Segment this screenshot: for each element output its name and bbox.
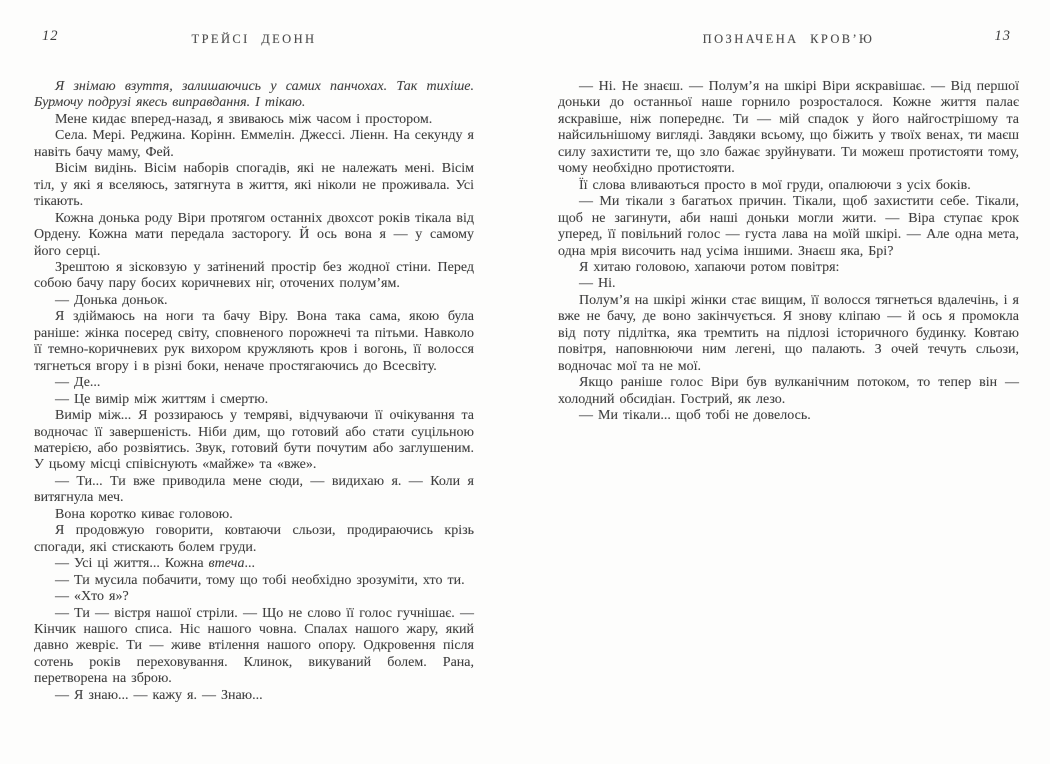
paragraph: Кожна донька роду Віри протягом останніх… [34,211,474,260]
page-text-left: Я знімаю взуття, залишаючись у самих пан… [34,79,474,704]
paragraph: Вимір між... Я роззираюсь у темряві, від… [34,408,474,474]
paragraph: — «Хто я»? [34,589,474,605]
page-13: ПОЗНАЧЕНА КРОВ’Ю 13 — Ні. Не знаєш. — По… [558,30,1019,425]
page-text-right: — Ні. Не знаєш. — Полум’я на шкірі Віри … [558,79,1019,425]
book-spread: 12 ТРЕЙСІ ДЕОНН Я знімаю взуття, залишаю… [0,0,1050,764]
paragraph: Я здіймаюсь на ноги та бачу Віру. Вона т… [34,309,474,375]
running-header-title: ПОЗНАЧЕНА КРОВ’Ю [703,32,875,46]
paragraph: Полум’я на шкірі жінки стає вищим, її во… [558,293,1019,375]
paragraph: Я знімаю взуття, залишаючись у самих пан… [34,79,474,112]
paragraph: — Я знаю... — кажу я. — Знаю... [34,688,474,704]
paragraph: Я хитаю головою, хапаючи ротом повітря: [558,260,1019,276]
paragraph: — Усі ці життя... Кожна втеча... [34,556,474,572]
page-12: 12 ТРЕЙСІ ДЕОНН Я знімаю взуття, залишаю… [34,30,474,704]
paragraph: — Ти мусила побачити, тому що тобі необх… [34,573,474,589]
paragraph: Вона коротко киває головою. [34,507,474,523]
paragraph: — Де... [34,375,474,391]
paragraph: — Це вимір між життям і смертю. [34,392,474,408]
paragraph: Мене кидає вперед-назад, я звиваюсь між … [34,112,474,128]
paragraph: — Донька доньок. [34,293,474,309]
paragraph: Села. Мері. Реджина. Корінн. Еммелін. Дж… [34,128,474,161]
paragraph: Її слова вливаються просто в мої груди, … [558,178,1019,194]
page-number-left: 12 [42,28,59,45]
running-head-left: 12 ТРЕЙСІ ДЕОНН [34,30,474,51]
paragraph: — Ні. Не знаєш. — Полум’я на шкірі Віри … [558,79,1019,178]
running-head-right: ПОЗНАЧЕНА КРОВ’Ю 13 [558,30,1019,51]
paragraph: — Ми тікали... щоб тобі не довелось. [558,408,1019,424]
paragraph: Зрештою я зісковзую у затінений простір … [34,260,474,293]
paragraph: Я продовжую говорити, ковтаючи сльози, п… [34,523,474,556]
paragraph: — Ні. [558,276,1019,292]
paragraph: Вісім видінь. Вісім наборів спогадів, як… [34,161,474,210]
running-header-author: ТРЕЙСІ ДЕОНН [192,32,317,46]
paragraph: — Ти — вістря нашої стріли. — Що не слов… [34,606,474,688]
paragraph: Якщо раніше голос Віри був вулканічним п… [558,375,1019,408]
paragraph: — Ти... Ти вже приводила мене сюди, — ви… [34,474,474,507]
paragraph: — Ми тікали з багатьох причин. Тікали, щ… [558,194,1019,260]
page-number-right: 13 [995,28,1012,45]
